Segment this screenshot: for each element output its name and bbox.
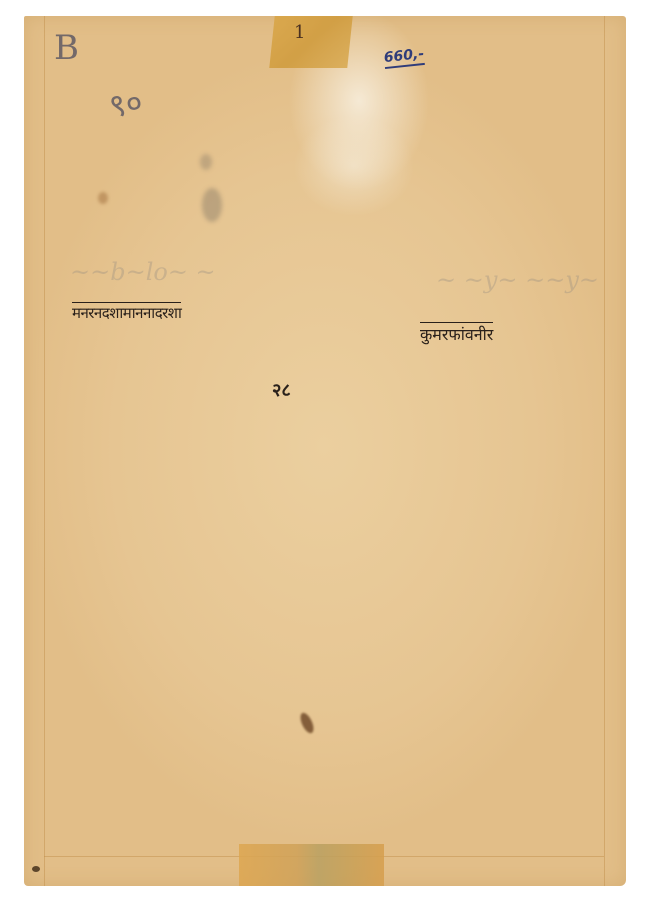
pencil-number: ९० — [106, 80, 145, 127]
dark-speck-cluster — [298, 711, 316, 735]
grey-stain — [202, 188, 222, 222]
center-number: २८ — [272, 378, 291, 402]
right-inscription: कुमरफांवनीर — [420, 322, 493, 345]
grey-stain-small — [200, 154, 212, 170]
bottom-tape — [239, 844, 384, 886]
left-pencil-faint: ~~b~lo~ ~ — [70, 258, 216, 286]
top-tape — [269, 16, 352, 68]
corner-letter: B — [54, 28, 79, 68]
brown-spot — [98, 192, 108, 204]
tape-mark: 1 — [294, 22, 305, 43]
corner-speck — [32, 866, 40, 872]
inner-border-right — [604, 16, 605, 886]
paper-sheet: B ९० 1 660,- ~~b~lo~ ~ मनरनदशामाननादरशा … — [24, 16, 626, 886]
inner-border-left — [44, 16, 45, 886]
price-annotation: 660,- — [383, 46, 425, 69]
right-pencil-faint: ~ ~y~ ~~y~ — [436, 266, 599, 294]
left-inscription: मनरनदशामाननादरशा — [72, 302, 181, 323]
